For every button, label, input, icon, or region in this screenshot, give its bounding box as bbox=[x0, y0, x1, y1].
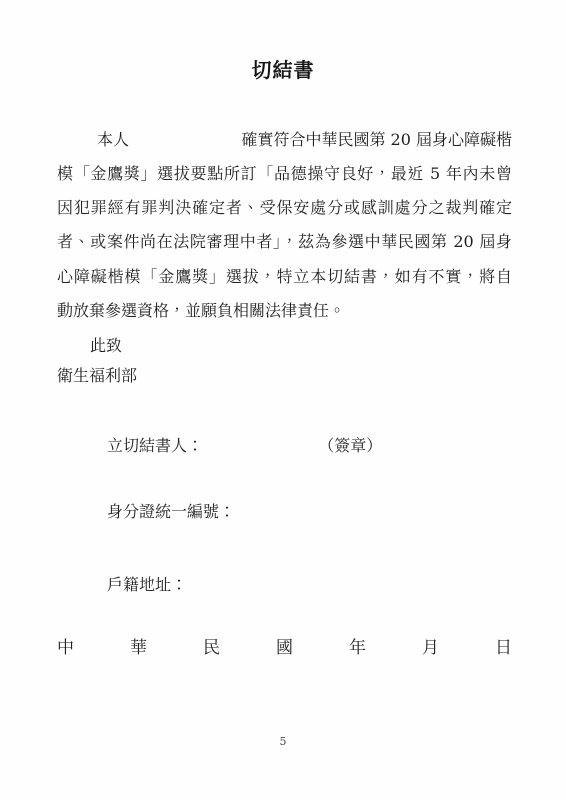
body-line-1: 本人 確實符合中華民國第 20 屆身心障礙楷 bbox=[57, 128, 512, 152]
date-char-hua: 華 bbox=[130, 636, 147, 660]
body-line-5: 心障礙楷模「金鷹獎」選拔，特立本切結書，如有不實，將自 bbox=[57, 265, 512, 289]
date-char-guo: 國 bbox=[276, 636, 293, 660]
id-number-label: 身分證統一編號： bbox=[107, 500, 235, 524]
recipient: 衛生福利部 bbox=[57, 364, 512, 388]
signer-line: 立切結書人： （簽章） bbox=[107, 434, 382, 458]
body-line-1-text: 確實符合中華民國第 20 屆身心障礙楷 bbox=[241, 128, 512, 152]
page-title: 切結書 bbox=[0, 57, 566, 83]
address-label: 戶籍地址： bbox=[107, 573, 187, 597]
date-char-zhong: 中 bbox=[57, 636, 74, 660]
body-line-4: 者、或案件尚在法院審理中者」，茲為參選中華民國第 20 屆身 bbox=[57, 230, 512, 254]
body-line-6: 動放棄參選資格，並願負相關法律責任。 bbox=[57, 299, 512, 323]
signature-seal-note: （簽章） bbox=[318, 436, 382, 455]
signer-label: 立切結書人： bbox=[107, 436, 203, 455]
body-line-2: 模「金鷹獎」選拔要點所訂「品德操守良好，最近 5 年內未曾 bbox=[57, 162, 512, 186]
date-char-month: 月 bbox=[422, 636, 439, 660]
body-line-3: 因犯罪經有罪判決確定者、受保安處分或感訓處分之裁判確定 bbox=[57, 196, 512, 220]
affidavit-page: 切結書 本人 確實符合中華民國第 20 屆身心障礙楷 模「金鷹獎」選拔要點所訂「… bbox=[0, 0, 566, 800]
signer-name-blank bbox=[208, 450, 313, 451]
salutation: 此致 bbox=[57, 334, 545, 358]
date-line: 中 華 民 國 年 月 日 bbox=[57, 636, 512, 660]
date-char-min: 民 bbox=[203, 636, 220, 660]
page-number: 5 bbox=[0, 735, 566, 749]
date-char-day: 日 bbox=[495, 636, 512, 660]
declarant-label: 本人 bbox=[97, 128, 129, 152]
date-char-year: 年 bbox=[349, 636, 366, 660]
